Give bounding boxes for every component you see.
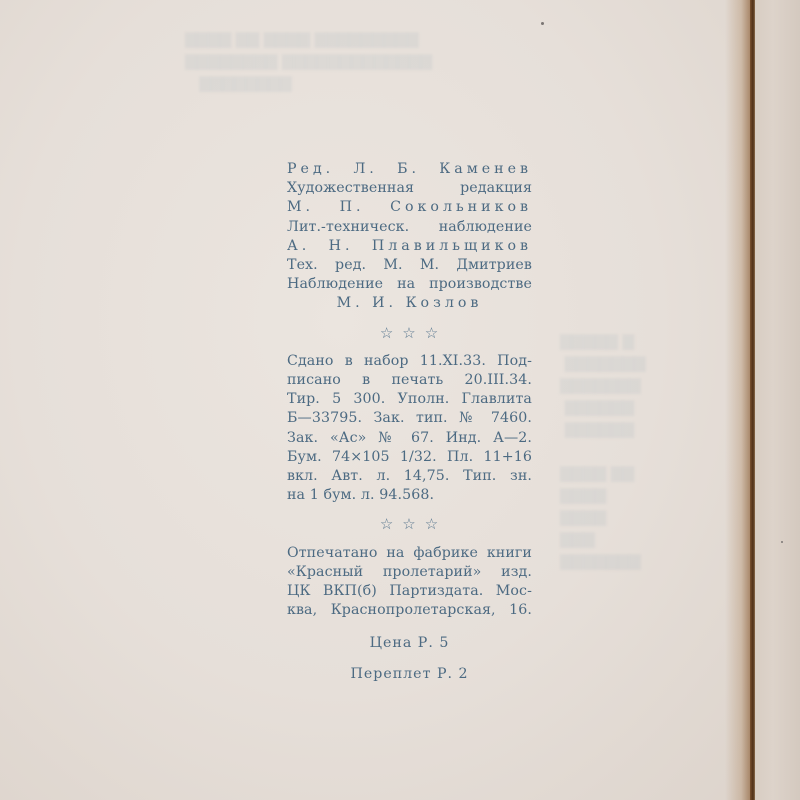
credits-block: Ред. Л. Б. Каменев Художественная редакц… xyxy=(287,160,532,314)
printing-details-block: Сдано в набор 11.XI.33. Под- писано в пе… xyxy=(287,352,532,506)
printing-line: на 1 бум. л. 94.568. xyxy=(287,486,532,505)
printer-block: Отпечатано на фабрике книги «Красный про… xyxy=(287,544,532,621)
binding-price-line: Переплет Р. 2 xyxy=(287,666,532,682)
credit-lit-tech-supervisor: А. Н. Плавильщиков xyxy=(287,237,532,256)
three-stars-icon: ☆☆☆ xyxy=(287,324,532,343)
printer-line: Отпечатано на фабрике книги xyxy=(287,544,532,563)
printing-line: писано в печать 20.III.34. xyxy=(287,371,532,390)
price-text: Цена Р. 5 xyxy=(370,635,450,651)
printing-line: Зак. «Ас» № 67. Инд. А—2. xyxy=(287,429,532,448)
printing-line: Сдано в набор 11.XI.33. Под- xyxy=(287,352,532,371)
credit-lit-tech-label: Лит.-техническ. наблюдение xyxy=(287,218,532,237)
credit-tech-editor: Тех. ред. М. М. Дмитриев xyxy=(287,256,532,275)
printing-line: Тир. 5 300. Уполн. Главлита xyxy=(287,390,532,409)
price-line: Цена Р. 5 xyxy=(287,635,532,651)
printer-line: ква, Краснопролетарская, 16. xyxy=(287,601,532,620)
printer-line: ЦК ВКП(б) Партиздата. Мос- xyxy=(287,582,532,601)
colophon: Ред. Л. Б. Каменев Художественная редакц… xyxy=(287,160,532,620)
credit-editor: Ред. Л. Б. Каменев xyxy=(287,160,532,179)
printing-line: Бум. 74×105 1/32. Пл. 11+16 xyxy=(287,448,532,467)
adjacent-page xyxy=(755,0,800,800)
credit-art-editor: М. П. Сокольников xyxy=(287,198,532,217)
printing-line: вкл. Авт. л. 14,75. Тип. зн. xyxy=(287,467,532,486)
printing-line: Б—33795. Зак. тип. № 7460. xyxy=(287,409,532,428)
credit-art-editing-label: Художественная редакция xyxy=(287,179,532,198)
binding-price-text: Переплет Р. 2 xyxy=(350,666,468,682)
show-through-text: ▇▇▇▇▇ ▇ ▇▇▇▇▇▇▇ ▇▇▇▇▇▇▇ ▇▇▇▇▇▇ ▇▇▇▇▇▇ ▇▇… xyxy=(560,330,646,572)
credit-production-supervisor: М. И. Козлов xyxy=(287,294,532,313)
credit-production-label: Наблюдение на производстве xyxy=(287,275,532,294)
paper-speck xyxy=(541,22,544,25)
paper-speck xyxy=(781,541,783,543)
book-page: ▇▇▇▇ ▇▇ ▇▇▇▇ ▇▇▇▇▇▇▇▇▇ ▇▇▇▇▇▇▇▇ ▇▇▇▇▇▇▇▇… xyxy=(0,0,752,800)
page-edge-shadow xyxy=(725,0,752,800)
show-through-text: ▇▇▇▇ ▇▇ ▇▇▇▇ ▇▇▇▇▇▇▇▇▇ ▇▇▇▇▇▇▇▇ ▇▇▇▇▇▇▇▇… xyxy=(185,28,432,94)
printer-line: «Красный пролетарий» изд. xyxy=(287,563,532,582)
three-stars-icon: ☆☆☆ xyxy=(287,515,532,534)
